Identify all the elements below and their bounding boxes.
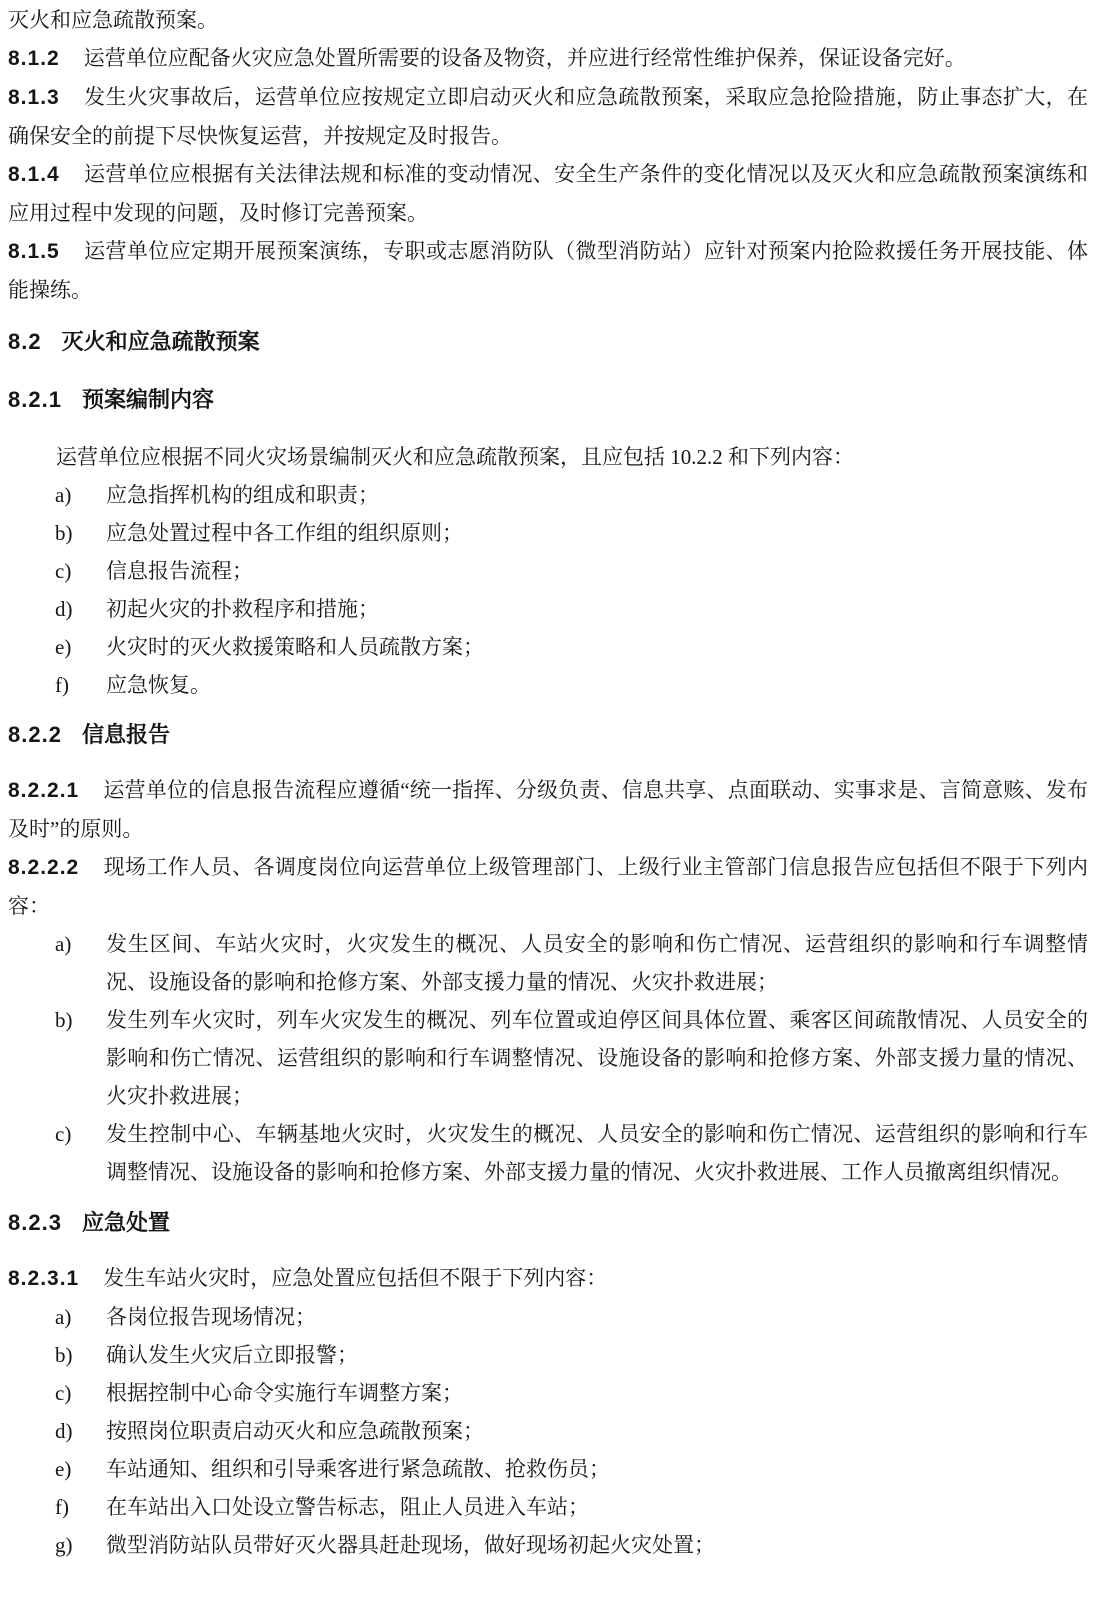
- item-text: 在车站出入口处设立警告标志，阻止人员进入车站；: [106, 1495, 589, 1519]
- item-letter: a): [55, 476, 71, 514]
- clause-number: 8.1.2: [8, 47, 60, 70]
- clause-text: 发生火灾事故后，运营单位应按规定立即启动灭火和应急疏散预案，采取应急抢险措施，防…: [8, 85, 1088, 148]
- list-item-b: b)发生列车火灾时，列车火灾发生的概况、列车位置或迫停区间具体位置、乘客区间疏散…: [8, 1001, 1088, 1115]
- clause-text: 运营单位应配备火灾应急处置所需要的设备及物资，并应进行经常性维护保养，保证设备完…: [84, 46, 966, 70]
- section-heading-8-2-1: 8.2.1预案编制内容: [8, 381, 1088, 419]
- list-item-f: f)应急恢复。: [8, 666, 1088, 704]
- heading-number: 8.2: [8, 329, 42, 354]
- list-item-a: a)发生区间、车站火灾时，火灾发生的概况、人员安全的影响和伤亡情况、运营组织的影…: [8, 925, 1088, 1001]
- clause-number: 8.2.2.2: [8, 856, 79, 879]
- clause-text: 运营单位的信息报告流程应遵循“统一指挥、分级负责、信息共享、点面联动、实事求是、…: [8, 778, 1088, 841]
- clause-number: 8.1.4: [8, 163, 60, 186]
- clause-number: 8.1.3: [8, 86, 60, 109]
- section-heading-8-2: 8.2灭火和应急疏散预案: [8, 323, 1088, 361]
- clause-8-2-2-2: 8.2.2.2现场工作人员、各调度岗位向运营单位上级管理部门、上级行业主管部门信…: [8, 848, 1088, 925]
- item-letter: d): [55, 1412, 73, 1450]
- heading-text: 灭火和应急疏散预案: [62, 329, 260, 354]
- item-text: 各岗位报告现场情况；: [106, 1305, 316, 1329]
- item-letter: a): [55, 925, 71, 963]
- item-letter: d): [55, 590, 73, 628]
- list-item-e: e)火灾时的灭火救援策略和人员疏散方案；: [8, 628, 1088, 666]
- item-letter: f): [55, 666, 69, 704]
- item-letter: e): [55, 628, 71, 666]
- item-text: 信息报告流程；: [106, 559, 253, 583]
- clause-8-1-2: 8.1.2运营单位应配备火灾应急处置所需要的设备及物资，并应进行经常性维护保养，…: [8, 39, 1088, 78]
- heading-number: 8.2.1: [8, 387, 62, 412]
- list-item-g: g)微型消防站队员带好灭火器具赶赴现场，做好现场初起火灾处置；: [8, 1526, 1088, 1564]
- item-text: 火灾时的灭火救援策略和人员疏散方案；: [106, 635, 484, 659]
- item-text: 应急指挥机构的组成和职责；: [106, 483, 379, 507]
- heading-text: 应急处置: [82, 1210, 170, 1235]
- item-letter: e): [55, 1450, 71, 1488]
- item-letter: c): [55, 552, 71, 590]
- document-page: 灭火和应急疏散预案。 8.1.2运营单位应配备火灾应急处置所需要的设备及物资，并…: [0, 0, 1102, 1600]
- item-text: 微型消防站队员带好灭火器具赶赴现场，做好现场初起火灾处置；: [106, 1533, 715, 1557]
- item-text: 确认发生火灾后立即报警；: [106, 1343, 358, 1367]
- list-item-c: c)信息报告流程；: [8, 552, 1088, 590]
- clause-8-1-5: 8.1.5运营单位应定期开展预案演练，专职或志愿消防队（微型消防站）应针对预案内…: [8, 232, 1088, 309]
- clause-number: 8.1.5: [8, 240, 60, 263]
- heading-text: 信息报告: [82, 722, 170, 747]
- clause-text: 发生车站火灾时，应急处置应包括但不限于下列内容：: [103, 1266, 607, 1290]
- item-text: 发生列车火灾时，列车火灾发生的概况、列车位置或迫停区间具体位置、乘客区间疏散情况…: [106, 1008, 1088, 1108]
- heading-text: 预案编制内容: [82, 387, 214, 412]
- clause-number: 8.2.3.1: [8, 1267, 79, 1290]
- clause-number: 8.2.2.1: [8, 779, 79, 802]
- clause-8-1-4: 8.1.4运营单位应根据有关法律法规和标准的变动情况、安全生产条件的变化情况以及…: [8, 155, 1088, 232]
- section-heading-8-2-2: 8.2.2信息报告: [8, 716, 1088, 754]
- list-item-b: b)应急处置过程中各工作组的组织原则；: [8, 514, 1088, 552]
- item-letter: f): [55, 1488, 69, 1526]
- item-text: 车站通知、组织和引导乘客进行紧急疏散、抢救伤员；: [106, 1457, 610, 1481]
- list-item-e: e)车站通知、组织和引导乘客进行紧急疏散、抢救伤员；: [8, 1450, 1088, 1488]
- clause-text: 运营单位应定期开展预案演练，专职或志愿消防队（微型消防站）应针对预案内抢险救援任…: [8, 239, 1088, 302]
- item-text: 根据控制中心命令实施行车调整方案；: [106, 1381, 463, 1405]
- list-item-c: c)发生控制中心、车辆基地火灾时，火灾发生的概况、人员安全的影响和伤亡情况、运营…: [8, 1115, 1088, 1191]
- list-item-a: a)各岗位报告现场情况；: [8, 1298, 1088, 1336]
- list-item-a: a)应急指挥机构的组成和职责；: [8, 476, 1088, 514]
- list-item-d: d)初起火灾的扑救程序和措施；: [8, 590, 1088, 628]
- clause-text: 运营单位应根据有关法律法规和标准的变动情况、安全生产条件的变化情况以及灭火和应急…: [8, 162, 1088, 225]
- item-text: 发生区间、车站火灾时，火灾发生的概况、人员安全的影响和伤亡情况、运营组织的影响和…: [106, 932, 1088, 994]
- clause-8-2-3-1: 8.2.3.1发生车站火灾时，应急处置应包括但不限于下列内容：: [8, 1259, 1088, 1298]
- item-text: 发生控制中心、车辆基地火灾时，火灾发生的概况、人员安全的影响和伤亡情况、运营组织…: [106, 1122, 1088, 1184]
- item-letter: b): [55, 514, 73, 552]
- continuation-text: 灭火和应急疏散预案。: [8, 1, 1088, 39]
- list-item-c: c)根据控制中心命令实施行车调整方案；: [8, 1374, 1088, 1412]
- heading-number: 8.2.3: [8, 1210, 62, 1235]
- item-text: 按照岗位职责启动灭火和应急疏散预案；: [106, 1419, 484, 1443]
- item-letter: c): [55, 1115, 71, 1153]
- item-letter: a): [55, 1298, 71, 1336]
- list-item-b: b)确认发生火灾后立即报警；: [8, 1336, 1088, 1374]
- item-letter: b): [55, 1001, 73, 1039]
- intro-paragraph: 运营单位应根据不同火灾场景编制灭火和应急疏散预案，且应包括 10.2.2 和下列…: [8, 438, 1088, 476]
- item-text: 应急处置过程中各工作组的组织原则；: [106, 521, 463, 545]
- item-letter: g): [55, 1526, 73, 1564]
- item-text: 初起火灾的扑救程序和措施；: [106, 597, 379, 621]
- heading-number: 8.2.2: [8, 722, 62, 747]
- item-letter: b): [55, 1336, 73, 1374]
- list-item-f: f)在车站出入口处设立警告标志，阻止人员进入车站；: [8, 1488, 1088, 1526]
- item-text: 应急恢复。: [106, 673, 211, 697]
- clause-text: 现场工作人员、各调度岗位向运营单位上级管理部门、上级行业主管部门信息报告应包括但…: [8, 855, 1088, 918]
- section-heading-8-2-3: 8.2.3应急处置: [8, 1204, 1088, 1242]
- list-item-d: d)按照岗位职责启动灭火和应急疏散预案；: [8, 1412, 1088, 1450]
- clause-8-1-3: 8.1.3发生火灾事故后，运营单位应按规定立即启动灭火和应急疏散预案，采取应急抢…: [8, 78, 1088, 155]
- item-letter: c): [55, 1374, 71, 1412]
- clause-8-2-2-1: 8.2.2.1运营单位的信息报告流程应遵循“统一指挥、分级负责、信息共享、点面联…: [8, 771, 1088, 848]
